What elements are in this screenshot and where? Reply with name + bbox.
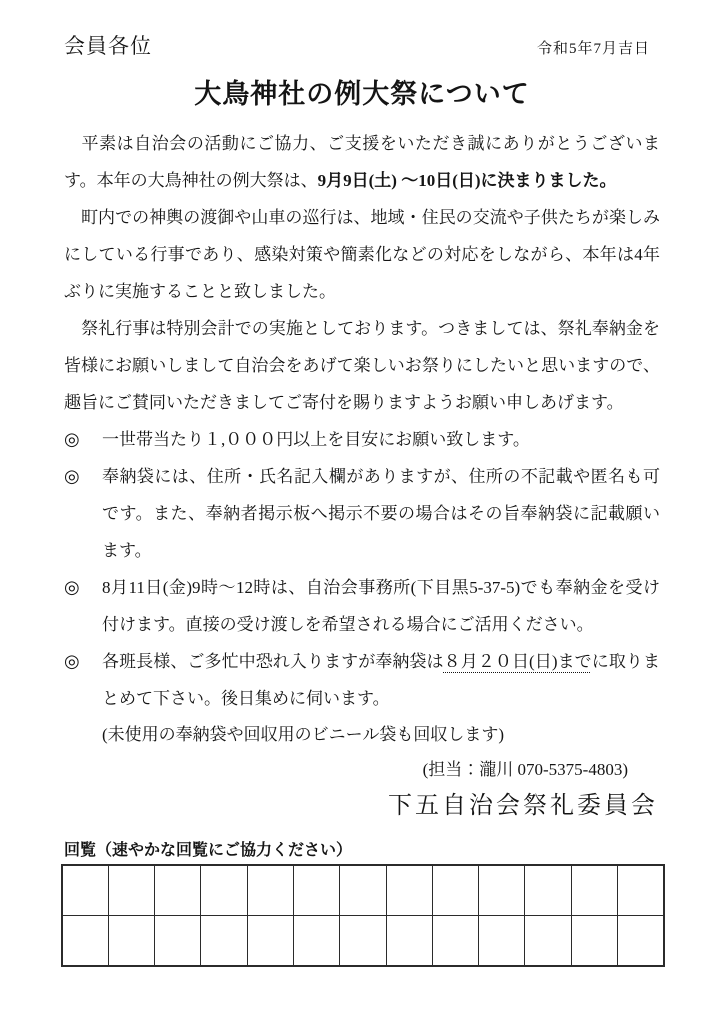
bullet-item-envelope: ◎ 奉納袋には、住所・氏名記入欄がありますが、住所の不記載や匿名も可です。また、… xyxy=(64,458,660,569)
paragraph-greeting: 平素は自治会の活動にご協力、ご支援をいただき誠にありがとうございます。本年の大鳥… xyxy=(64,125,660,199)
kairan-table-body xyxy=(62,865,664,966)
kairan-cell xyxy=(340,865,386,916)
kairan-cell xyxy=(155,865,201,916)
kairan-cell xyxy=(525,916,571,967)
circulation-heading: 回覧（速やかな回覧にご協力ください） xyxy=(64,837,660,860)
kairan-cell xyxy=(155,916,201,967)
document-page: 会員各位 令和5年7月吉日 大鳥神社の例大祭について 平素は自治会の活動にご協力… xyxy=(0,0,724,1024)
bullet-item-amount: ◎ 一世帯当たり１,０００円以上を目安にお願い致します。 xyxy=(64,421,660,458)
document-header: 会員各位 令和5年7月吉日 xyxy=(64,30,660,60)
kairan-cell xyxy=(386,865,432,916)
kairan-cell xyxy=(108,916,154,967)
double-circle-bullet-icon: ◎ xyxy=(64,458,102,495)
paragraph-donation-request: 祭礼行事は特別会計での実施としております。つきましては、祭礼奉納金を皆様にお願い… xyxy=(64,310,660,421)
kairan-cell xyxy=(432,865,478,916)
kairan-cell xyxy=(432,916,478,967)
kairan-cell xyxy=(571,865,617,916)
bullet-list: ◎ 一世帯当たり１,０００円以上を目安にお願い致します。 ◎ 奉納袋には、住所・… xyxy=(64,421,660,753)
kairan-cell xyxy=(479,916,525,967)
kairan-cell xyxy=(62,916,108,967)
kairan-cell xyxy=(479,865,525,916)
kairan-cell xyxy=(618,916,664,967)
document-date: 令和5年7月吉日 xyxy=(537,37,650,58)
deadline-pre-text: 各班長様、ご多忙中恐れ入りますが奉納袋は xyxy=(102,652,444,671)
paragraph-event-description: 町内での神輿の渡御や山車の巡行は、地域・住民の交流や子供たちが楽しみにしている行… xyxy=(64,199,660,310)
kairan-cell xyxy=(571,916,617,967)
bullet-text-office: 8月11日(金)9時～12時は、自治会事務所(下目黒5-37-5)でも奉納金を受… xyxy=(102,569,660,643)
bullet-text-amount: 一世帯当たり１,０００円以上を目安にお願い致します。 xyxy=(102,421,660,458)
bullet-item-office: ◎ 8月11日(金)9時～12時は、自治会事務所(下目黒5-37-5)でも奉納金… xyxy=(64,569,660,643)
document-title: 大鳥神社の例大祭について xyxy=(64,72,660,111)
signature-committee: 下五自治会祭礼委員会 xyxy=(64,787,660,825)
kairan-cell xyxy=(62,865,108,916)
kairan-cell xyxy=(247,865,293,916)
recipient-label: 会員各位 xyxy=(64,30,152,60)
collection-note: (未使用の奉納袋や回収用のビニール袋も回収します) xyxy=(102,717,660,753)
kairan-cell xyxy=(247,916,293,967)
kairan-row xyxy=(62,865,664,916)
kairan-cell xyxy=(340,916,386,967)
bullet-item-deadline: ◎ 各班長様、ご多忙中恐れ入りますが奉納袋は８月２０日(日)までに取りまとめて下… xyxy=(64,643,660,753)
bullet-text-envelope: 奉納袋には、住所・氏名記入欄がありますが、住所の不記載や匿名も可です。また、奉納… xyxy=(102,458,660,569)
double-circle-bullet-icon: ◎ xyxy=(64,421,102,458)
kairan-row xyxy=(62,916,664,967)
kairan-cell xyxy=(618,865,664,916)
double-circle-bullet-icon: ◎ xyxy=(64,569,102,606)
kairan-cell xyxy=(201,865,247,916)
kairan-cell xyxy=(108,865,154,916)
contact-line: (担当：瀧川 070-5375-4803) xyxy=(64,753,660,787)
kairan-cell xyxy=(293,865,339,916)
festival-date-bold: 9月9日(土) ～10日(日)に決まりました。 xyxy=(318,171,617,190)
double-circle-bullet-icon: ◎ xyxy=(64,643,102,680)
deadline-date-underlined: ８月２０日(日)まで xyxy=(444,652,592,671)
kairan-cell xyxy=(386,916,432,967)
bullet-text-deadline: 各班長様、ご多忙中恐れ入りますが奉納袋は８月２０日(日)までに取りまとめて下さい… xyxy=(102,643,660,753)
kairan-cell xyxy=(201,916,247,967)
kairan-table xyxy=(61,864,665,967)
kairan-cell xyxy=(293,916,339,967)
kairan-cell xyxy=(525,865,571,916)
